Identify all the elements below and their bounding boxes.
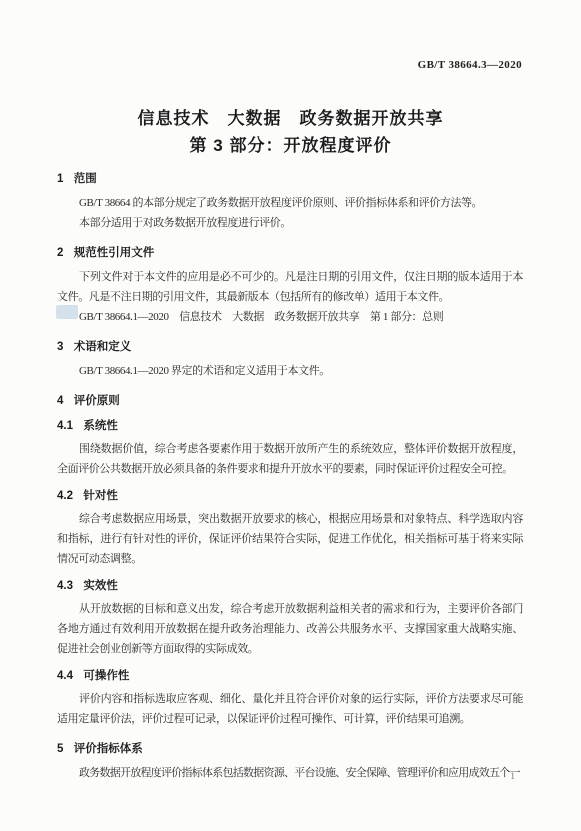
subsection-4-4-operability: 4.4可操作性 评价内容和指标选取应客观、细化、量化并且符合评价对象的运行实际，… — [57, 668, 523, 729]
subsection-heading: 4.4可操作性 — [57, 668, 523, 684]
subsection-title: 针对性 — [83, 490, 118, 502]
subsection-heading: 4.1系统性 — [57, 418, 523, 434]
subsection-number: 4.4 — [57, 670, 73, 682]
section-number: 2 — [57, 247, 63, 259]
section-title: 范围 — [74, 173, 97, 185]
subsection-number: 4.1 — [57, 420, 73, 432]
subsection-4-1-systematic: 4.1系统性 围绕数据价值，综合考虑各要素作用于数据开放所产生的系统效应，整体评… — [57, 418, 523, 479]
standard-number: GB/T 38664.3—2020 — [0, 0, 581, 71]
paragraph: 下列文件对于本文件的应用是必不可少的。凡是注日期的引用文件，仅注日期的版本适用于… — [57, 267, 523, 307]
document-title: 信息技术 大数据 政务数据开放共享 第 3 部分：开放程度评价 — [0, 105, 581, 159]
section-2-normative-references: 2规范性引用文件 下列文件对于本文件的应用是必不可少的。凡是注日期的引用文件，仅… — [57, 245, 523, 327]
subsection-4-2-targeted: 4.2针对性 综合考虑数据应用场景，突出数据开放要求的核心，根据应用场景和对象特… — [57, 488, 523, 569]
subsection-title: 实效性 — [83, 580, 118, 592]
subsection-4-3-effectiveness: 4.3实效性 从开放数据的目标和意义出发，综合考虑开放数据利益相关者的需求和行为… — [57, 578, 523, 659]
section-heading: 4评价原则 — [57, 393, 523, 409]
paragraph: 围绕数据价值，综合考虑各要素作用于数据开放所产生的系统效应，整体评价数据开放程度… — [57, 439, 523, 479]
subsection-title: 可操作性 — [83, 670, 129, 682]
paragraph: 评价内容和指标选取应客观、细化、量化并且符合评价对象的运行实际，评价方法要求尽可… — [57, 689, 523, 729]
document-title-line2: 第 3 部分：开放程度评价 — [0, 132, 581, 159]
section-heading: 1范围 — [57, 171, 523, 187]
section-heading: 2规范性引用文件 — [57, 245, 523, 261]
reference-entry: GB/T 38664.1—2020 信息技术 大数据 政务数据开放共享 第 1 … — [57, 307, 523, 327]
section-number: 1 — [57, 173, 63, 185]
paragraph: GB/T 38664.1—2020 界定的术语和定义适用于本文件。 — [57, 361, 523, 381]
subsection-heading: 4.2针对性 — [57, 488, 523, 504]
section-title: 评价原则 — [74, 395, 120, 407]
section-3-terms-definitions: 3术语和定义 GB/T 38664.1—2020 界定的术语和定义适用于本文件。 — [57, 339, 523, 381]
section-number: 3 — [57, 341, 63, 353]
paragraph: 综合考虑数据应用场景，突出数据开放要求的核心，根据应用场景和对象特点、科学选取内… — [57, 509, 523, 569]
paragraph-truncated-at-page-end: 政务数据开放程度评价指标体系包括数据资源、平台设施、安全保障、管理评价和应用成效… — [57, 763, 523, 783]
subsection-number: 4.2 — [57, 490, 73, 502]
section-title: 规范性引用文件 — [74, 247, 155, 259]
document-title-line1: 信息技术 大数据 政务数据开放共享 — [0, 105, 581, 132]
document-body: 1范围 GB/T 38664 的本部分规定了政务数据开放程度评价原则、评价指标体… — [0, 171, 581, 783]
section-1-scope: 1范围 GB/T 38664 的本部分规定了政务数据开放程度评价原则、评价指标体… — [57, 171, 523, 233]
section-heading: 5评价指标体系 — [57, 741, 523, 757]
section-heading: 3术语和定义 — [57, 339, 523, 355]
paragraph: GB/T 38664 的本部分规定了政务数据开放程度评价原则、评价指标体系和评价… — [57, 193, 523, 213]
section-4-evaluation-principles: 4评价原则 4.1系统性 围绕数据价值，综合考虑各要素作用于数据开放所产生的系统… — [57, 393, 523, 729]
section-number: 5 — [57, 743, 63, 755]
subsection-number: 4.3 — [57, 580, 73, 592]
section-number: 4 — [57, 395, 63, 407]
section-title: 术语和定义 — [74, 341, 132, 353]
document-page: GB/T 38664.3—2020 信息技术 大数据 政务数据开放共享 第 3 … — [0, 0, 581, 831]
subsection-title: 系统性 — [83, 420, 118, 432]
paragraph: 从开放数据的目标和意义出发，综合考虑开放数据利益相关者的需求和行为，主要评价各部… — [57, 599, 523, 659]
subsection-heading: 4.3实效性 — [57, 578, 523, 594]
section-title: 评价指标体系 — [74, 743, 143, 755]
section-5-indicator-system: 5评价指标体系 政务数据开放程度评价指标体系包括数据资源、平台设施、安全保障、管… — [57, 741, 523, 783]
paragraph: 本部分适用于对政务数据开放程度进行评价。 — [57, 213, 523, 233]
